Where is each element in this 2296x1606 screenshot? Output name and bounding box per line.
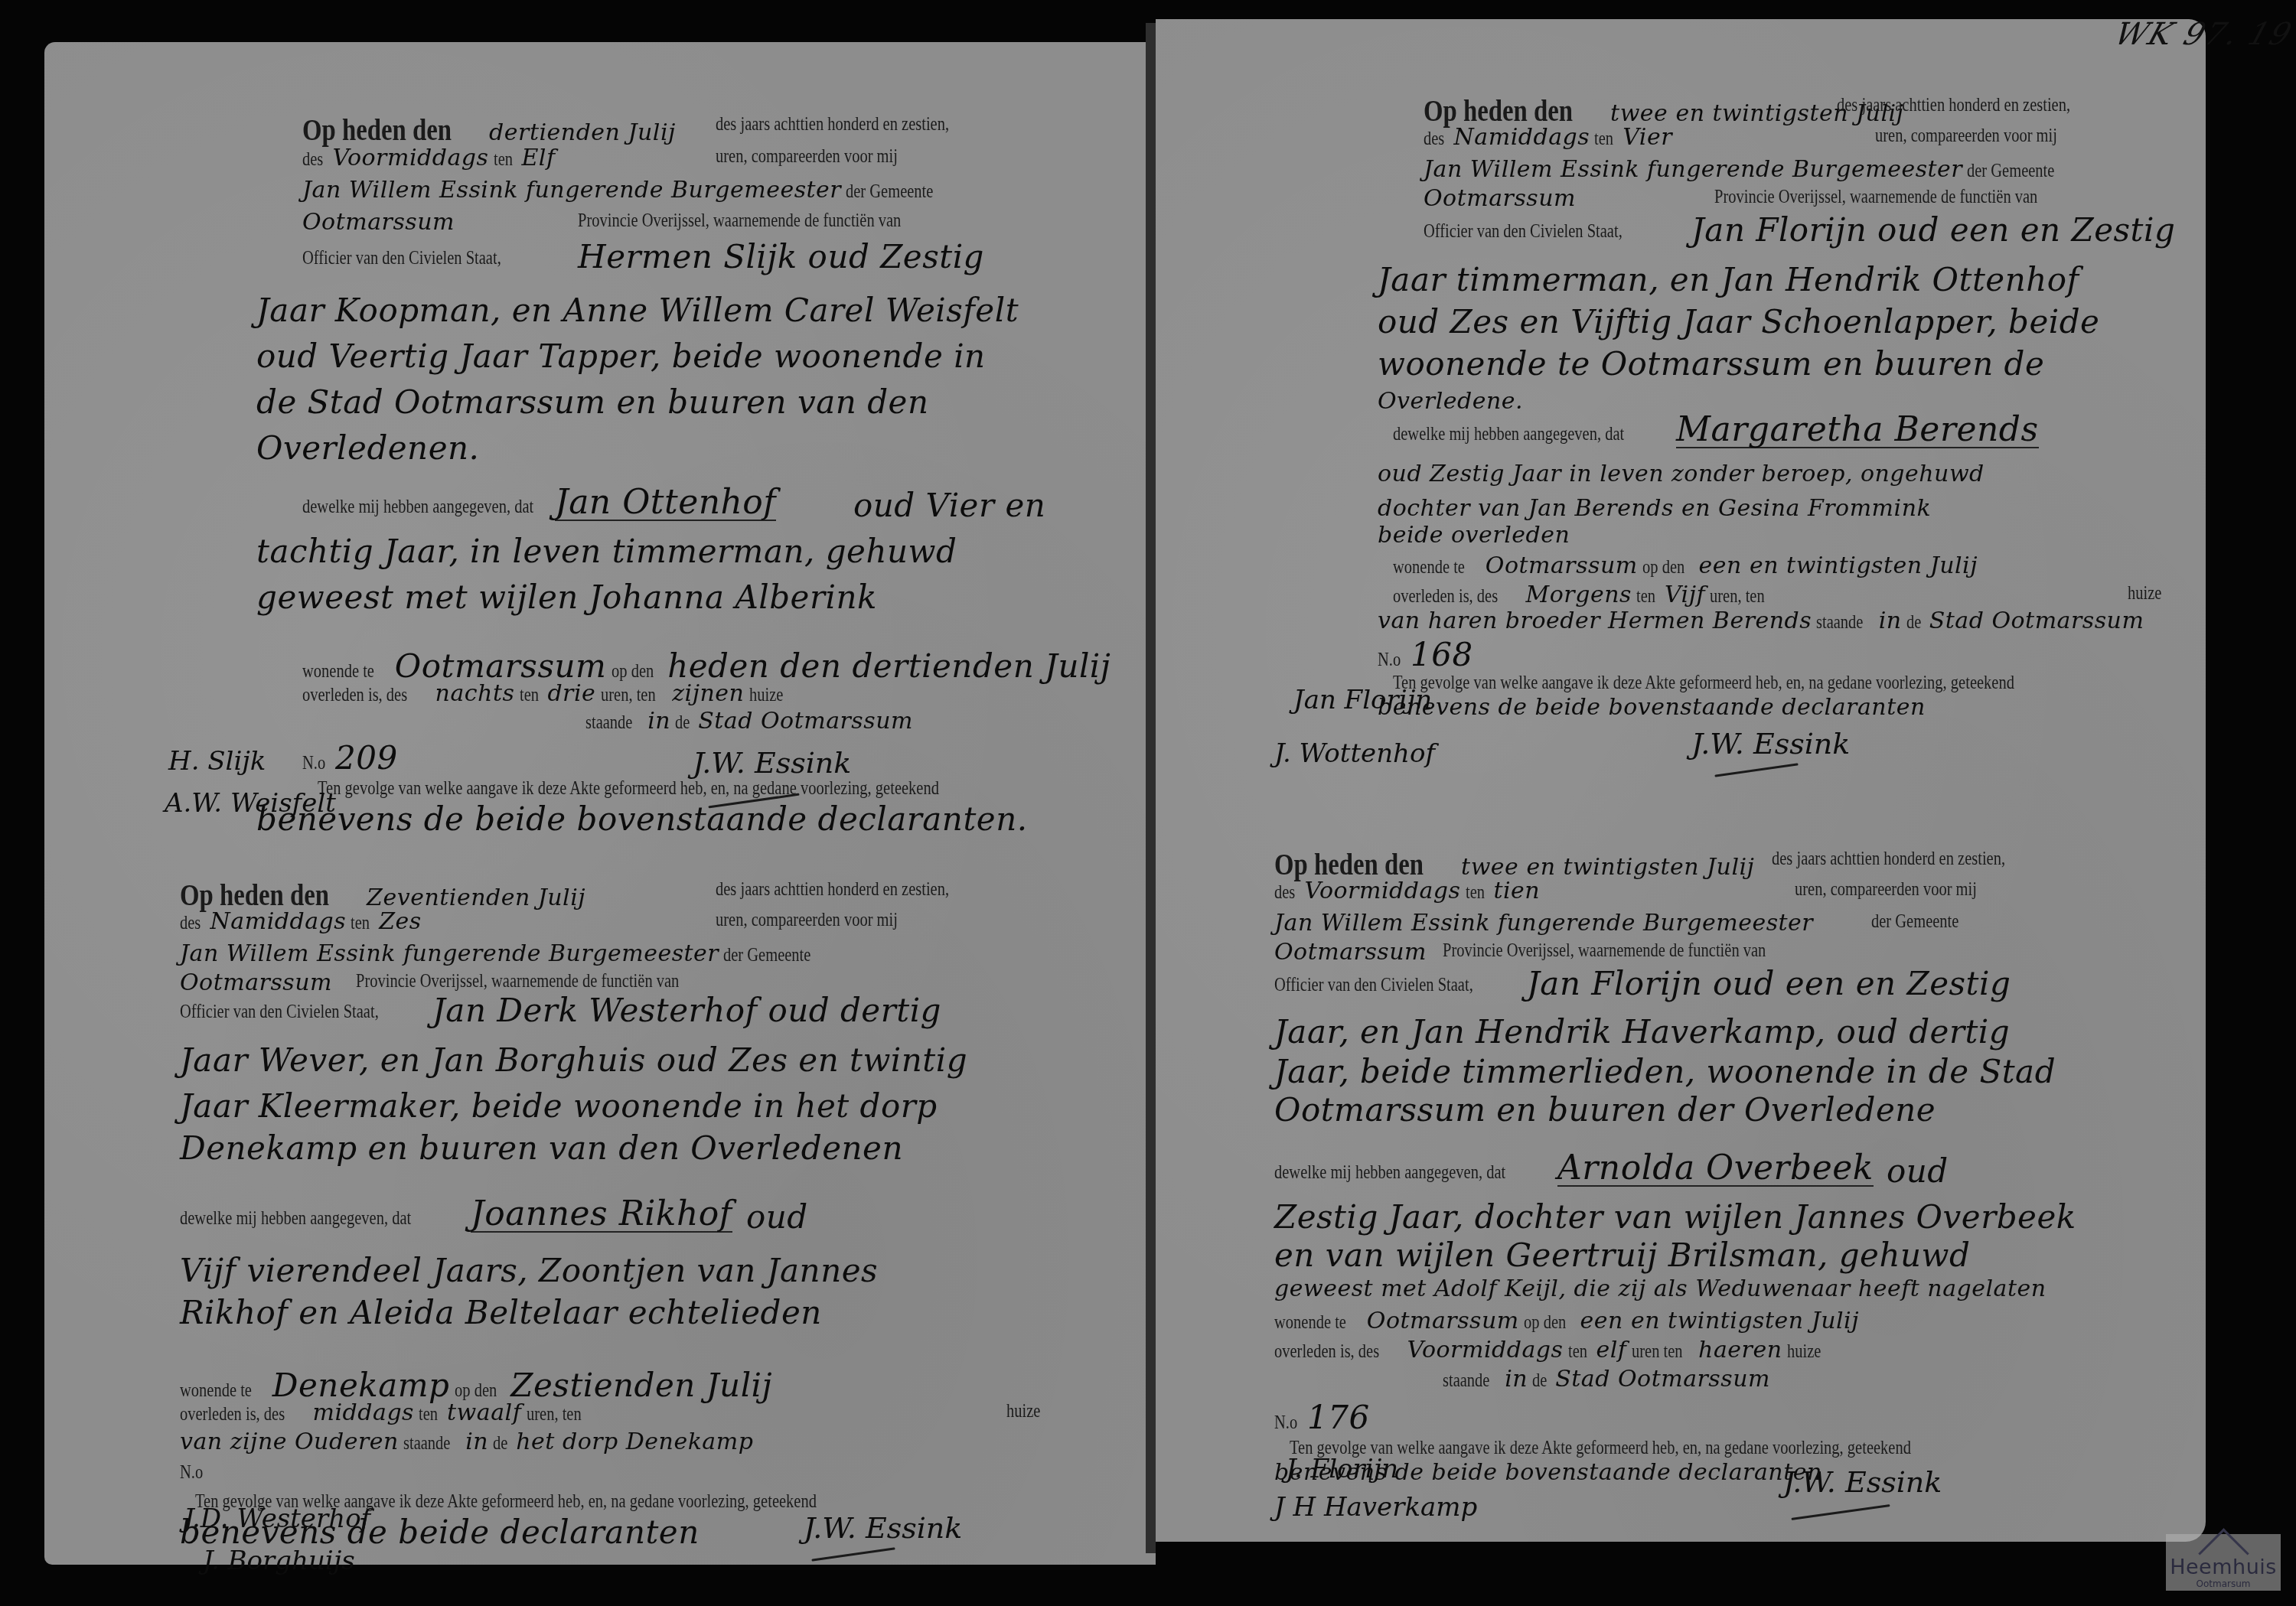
printed-text: de (1906, 613, 1921, 632)
house-owner-field: van haren broeder Hermen Berends (1378, 610, 1812, 633)
declarant-text: Ootmarssum en buuren der Overledene (1274, 1094, 1936, 1126)
officer-signature: J.W. Essink (804, 1511, 962, 1545)
act-number: 176 (1307, 1402, 1370, 1434)
printed-text: Officier van den Civielen Staat, (1424, 222, 1623, 241)
printed-text: des (1274, 883, 1295, 902)
declarant-signature: J. Wottenhof (1274, 738, 1435, 769)
declarant-signature: J.D. Westerhof (184, 1503, 370, 1534)
declarant-text: Denekamp en buuren van den Overledenen (180, 1132, 903, 1165)
declarant-signature: Jan Florijn (1293, 685, 1432, 715)
declarant-text: Jaar Koopman, en Anne Willem Carel Weisf… (256, 295, 1019, 327)
deceased-detail: Zestig Jaar, dochter van wijlen Jannes O… (1274, 1201, 2076, 1233)
declarant-signature: H. Slijk (168, 746, 266, 777)
printed-text: de (493, 1434, 507, 1453)
printed-text: Ten gevolge van welke aangave ik deze Ak… (318, 779, 939, 798)
deceased-detail: oud Zestig Jaar in leven zonder beroep, … (1378, 463, 1985, 486)
printed-text: des jaars achttien honderd en zestien, (716, 880, 949, 899)
printed-text: des (1424, 129, 1444, 148)
printed-text: staande (1443, 1371, 1489, 1390)
mayor-field: Jan Willem Essink fungerende Burgemeeste… (1274, 912, 1813, 935)
printed-text: Provincie Overijssel, waarnemende de fun… (578, 211, 901, 230)
residence-field: Ootmarssum (1367, 1310, 1519, 1333)
printed-text: staande (1816, 613, 1863, 632)
declarant-text: Jaar Kleermaker, beide woonende in het d… (180, 1090, 938, 1122)
deceased-detail: Vijf vierendeel Jaars, Zoontjen van Jann… (180, 1255, 878, 1287)
death-date-field: een en twintigsten Julij (1699, 555, 1978, 578)
printed-text: staande (403, 1434, 450, 1453)
printed-text: ten (419, 1405, 438, 1424)
declarant-signature: J. Borghuijs (203, 1546, 355, 1576)
closing-text: benevens de beide bovenstaande declarant… (1378, 696, 1926, 719)
hour-field: Vijf (1665, 584, 1705, 607)
printed-text: uren, ten (601, 686, 656, 705)
deceased-name: Jan Ottenhof (555, 486, 776, 521)
location-field: Stad Ootmarssum (698, 710, 913, 733)
printed-text: des (180, 914, 201, 933)
officer-signature: J.W. Essink (1691, 727, 1850, 761)
location-field: in (1505, 1368, 1528, 1391)
residence-field: Denekamp (272, 1370, 450, 1402)
printed-text: overleden is, des (1274, 1342, 1379, 1361)
printed-text: uren, ten (527, 1405, 582, 1424)
location-field: in (1879, 610, 1902, 633)
act-number-label: N.o (1274, 1413, 1297, 1432)
deceased-detail: dochter van Jan Berends en Gesina Frommi… (1378, 497, 1931, 520)
death-date-field: heden den dertienden Julij (667, 650, 1110, 682)
location-field: Stad Ootmarssum (1929, 610, 2144, 633)
printed-text: uren, compareerden voor mij (716, 147, 898, 166)
deceased-detail: en van wijlen Geertruij Brilsman, gehuwd (1274, 1240, 1970, 1272)
printed-text: ten (494, 150, 513, 169)
printed-text: dewelke mij hebben aangegeven, dat (1274, 1163, 1505, 1182)
printed-text: Ten gevolge van welke aangave ik deze Ak… (1393, 673, 2014, 692)
printed-text: huize (1787, 1342, 1821, 1361)
printed-text: huize (749, 686, 783, 705)
printed-text: Provincie Overijssel, waarnemende de fun… (1714, 187, 2037, 207)
location-field: Stad Ootmarssum (1555, 1368, 1770, 1391)
date-field: twee en twintigsten Julij (1461, 856, 1754, 879)
act-number-label: N.o (1378, 650, 1401, 669)
declarant-field: Hermen Slijk oud Zestig (578, 241, 984, 273)
printed-text: Officier van den Civielen Staat, (1274, 976, 1473, 995)
location-field: in (647, 710, 670, 733)
declarant-signature: J H Haverkamp (1274, 1492, 1477, 1523)
printed-text: Op heden den (180, 880, 329, 911)
deceased-name: Joannes Rikhof (471, 1197, 732, 1233)
printed-text: des (302, 150, 323, 169)
declarant-field: Jan Florijn oud een en Zestig (1691, 214, 2175, 246)
printed-text: Provincie Overijssel, waarnemende de fun… (1443, 941, 1766, 960)
printed-text: uren, ten (1710, 587, 1765, 606)
declarant-signature: A.W. Weisfelt (165, 788, 336, 819)
printed-text: op den (1642, 558, 1684, 577)
municipality-field: Ootmarssum (1274, 941, 1427, 964)
printed-text: staande (585, 713, 632, 732)
hour-field: Vier (1623, 126, 1672, 149)
residence-field: Ootmarssum (1486, 555, 1638, 578)
act-number-label: N.o (180, 1463, 203, 1482)
printed-text: der Gemeente (1871, 912, 1958, 931)
printed-text: Provincie Overijssel, waarnemende de fun… (356, 972, 679, 991)
printed-text: des jaars achttien honderd en zestien, (1772, 849, 2005, 868)
printed-text: op den (455, 1381, 497, 1400)
printed-text: der Gemeente (846, 182, 933, 201)
printed-text: overleden is, des (302, 686, 407, 705)
printed-text: wonende te (1274, 1313, 1346, 1332)
printed-text: op den (1524, 1313, 1566, 1332)
deceased-name: Arnolda Overbeek (1557, 1152, 1874, 1187)
closing-text: benevens de beide bovenstaande declarant… (256, 803, 1028, 836)
declarant-text: woonende te Ootmarssum en buuren de (1378, 348, 2044, 380)
deceased-detail: oud (1887, 1155, 1949, 1187)
time-of-day-field: Voormiddags (1305, 880, 1461, 903)
printed-text: uren, compareerden voor mij (716, 911, 898, 930)
printed-text: dewelke mij hebben aangegeven, dat (180, 1209, 411, 1228)
declarant-field: Jan Derk Westerhof oud dertig (432, 995, 941, 1027)
book-spine (1146, 23, 1156, 1553)
declarant-text: de Stad Ootmarssum en buuren van den (256, 386, 928, 419)
declarant-field: Jan Florijn oud een en Zestig (1527, 968, 2011, 1000)
time-of-day-field: nachts (435, 682, 515, 705)
time-of-day-field: Voormiddags (1407, 1339, 1564, 1362)
printed-text: ten (1466, 883, 1485, 902)
deceased-detail: tachtig Jaar, in leven timmerman, gehuwd (256, 536, 957, 568)
declarant-text: Jaar, beide timmerlieden, woonende in de… (1274, 1056, 2056, 1088)
printed-text: der Gemeente (723, 946, 810, 965)
house-owner-field: zijnen (672, 682, 744, 705)
deceased-detail: geweest met Adolf Keijl, die zij als Wed… (1274, 1278, 2047, 1301)
logo-name: Heemhuis (2166, 1556, 2281, 1579)
printed-text: ten (1568, 1342, 1587, 1361)
officer-signature: J.W. Essink (693, 746, 851, 780)
location-field: in (465, 1431, 488, 1454)
house-owner-field: van zijne Ouderen (180, 1431, 399, 1454)
printed-text: ten (351, 914, 370, 933)
hour-field: drie (547, 682, 595, 705)
mayor-field: Jan Willem Essink fungerende Burgemeeste… (180, 943, 719, 966)
declarant-text: Overledenen. (256, 432, 479, 464)
deceased-detail: geweest met wijlen Johanna Alberink (256, 581, 877, 614)
printed-text: huize (1006, 1402, 1040, 1421)
date-field: Zeventienden Julij (367, 887, 585, 910)
location-field: het dorp Denekamp (516, 1431, 753, 1454)
printed-text: der Gemeente (1967, 161, 2054, 181)
deceased-detail: Rikhof en Aleida Beltelaar echtelieden (180, 1297, 822, 1329)
municipality-field: Ootmarssum (1424, 187, 1576, 210)
deceased-detail: oud (746, 1201, 808, 1233)
municipality-field: Ootmarssum (302, 211, 455, 234)
hour-field: elf (1596, 1339, 1626, 1362)
time-of-day-field: Namiddags (1454, 126, 1590, 149)
printed-text: uren, compareerden voor mij (1875, 126, 2057, 145)
printed-text: uren, compareerden voor mij (1795, 880, 1977, 899)
printed-text: Op heden den (302, 115, 452, 145)
mayor-field: Jan Willem Essink fungerende Burgemeeste… (1424, 158, 1962, 181)
time-of-day-field: Morgens (1526, 584, 1632, 607)
time-of-day-field: Namiddags (210, 911, 347, 933)
deceased-name: Margaretha Berends (1676, 413, 2039, 448)
logo-subtitle: Ootmarsum (2166, 1578, 2281, 1589)
printed-text: des jaars achttien honderd en zestien, (1837, 96, 2070, 115)
declarant-text: oud Veertig Jaar Tapper, beide woonende … (256, 340, 986, 373)
printed-text: wonende te (302, 662, 374, 681)
date-field: dertienden Julij (489, 122, 676, 145)
printed-text: wonende te (180, 1381, 252, 1400)
printed-text: de (675, 713, 690, 732)
death-date-field: een en twintigsten Julij (1580, 1310, 1859, 1333)
mayor-field: Jan Willem Essink fungerende Burgemeeste… (302, 179, 841, 202)
act-number-label: N.o (302, 754, 325, 773)
folio-number: WK 97. 19 (2111, 17, 2296, 52)
declarant-text: Jaar Wever, en Jan Borghuis oud Zes en t… (180, 1044, 967, 1077)
hour-field: twaalf (447, 1402, 521, 1425)
heemhuis-watermark-logo: Heemhuis Ootmarsum (2166, 1534, 2281, 1591)
printed-text: de (1532, 1371, 1547, 1390)
printed-text: dewelke mij hebben aangegeven, dat (302, 497, 533, 516)
declarant-text: oud Zes en Vijftig Jaar Schoenlapper, be… (1378, 306, 2099, 338)
residence-field: Ootmarssum (395, 650, 607, 682)
time-of-day-field: Voormiddags (333, 147, 489, 170)
printed-text: huize (2128, 584, 2161, 603)
printed-text: op den (612, 662, 654, 681)
declarant-text: Jaar timmerman, en Jan Hendrik Ottenhof (1378, 264, 2079, 296)
declarant-signature: J. Florijn (1286, 1454, 1398, 1484)
house-owner-field: haeren (1698, 1339, 1782, 1362)
printed-text: ten (1594, 129, 1613, 148)
municipality-field: Ootmarssum (180, 972, 332, 995)
printed-text: Officier van den Civielen Staat, (180, 1002, 379, 1021)
deceased-detail: oud Vier en (853, 490, 1045, 522)
hour-field: Zes (379, 911, 422, 933)
printed-text: ten (1636, 587, 1655, 606)
time-of-day-field: middags (313, 1402, 414, 1425)
officer-signature: J.W. Essink (1783, 1465, 1942, 1499)
printed-text: Op heden den (1424, 96, 1573, 126)
declarant-text: Jaar, en Jan Hendrik Haverkamp, oud dert… (1274, 1016, 2010, 1048)
printed-text: uren ten (1632, 1342, 1683, 1361)
printed-text: des jaars achttien honderd en zestien, (716, 115, 949, 134)
printed-text: wonende te (1393, 558, 1465, 577)
printed-text: ten (520, 686, 539, 705)
act-number: 168 (1411, 639, 1473, 671)
hour-field: Elf (521, 147, 555, 170)
act-number: 209 (335, 742, 398, 774)
printed-text: overleden is, des (180, 1405, 285, 1424)
printed-text: overleden is, des (1393, 587, 1498, 606)
printed-text: dewelke mij hebben aangegeven, dat (1393, 425, 1624, 444)
death-date-field: Zestienden Julij (510, 1370, 772, 1402)
hour-field: tien (1493, 880, 1540, 903)
deceased-detail: beide overleden (1378, 524, 1570, 547)
printed-text: Officier van den Civielen Staat, (302, 249, 501, 268)
declarant-text: Overledene. (1378, 390, 1523, 413)
printed-text: Op heden den (1274, 849, 1424, 880)
